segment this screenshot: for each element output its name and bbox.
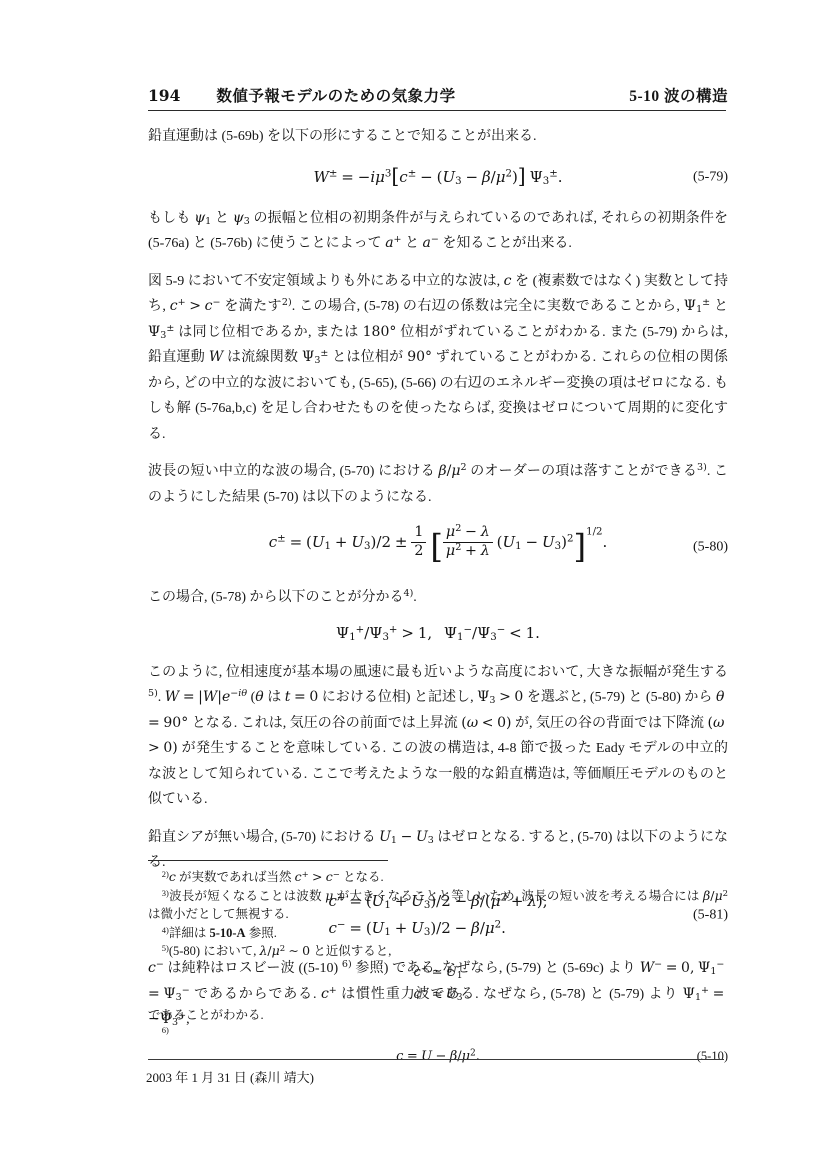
footnote-3-text: 波長が短くなることは波数 μ が大きくなることと等しいため, 波長の短い波を考え… [148,889,728,922]
footnote-2-marker: 2) [162,869,169,879]
footnote-5: 5)(5-80) において, λ/μ2∼0 と近似すると, [148,942,728,961]
footnote-4-marker: 4) [162,924,169,934]
header-book-title: 数値予報モデルのための気象力学 [216,84,455,106]
footnote-2: 2)c が実数であれば当然 c+>c− となる. [148,868,728,887]
footnote-5-marker: 5) [162,943,169,953]
footnote-2-text: c が実数であれば当然 c+>c− となる. [169,870,384,884]
paragraph-3: 図 5-9 において不安定領域よりも外にある中立的な波は, c を (複素数では… [148,269,728,448]
page-number: 194 [148,86,180,105]
footnote-5-equation-2: c−≃U3 [148,984,728,1005]
footnote-4: 4)詳細は 5-10-A 参照. [148,924,728,943]
footnote-5-continuation: であることがわかる. [148,1006,728,1025]
running-header: 194 数値予報モデルのための気象力学 5-10 波の構造 [148,84,728,106]
equation-5-80-body: c±=(U1+U3)/2±12[μ2−λμ2+λ(U1−U3)2]1/2. [269,522,608,570]
header-rule [148,110,726,111]
equation-5-79-body: W±=−iμ3[c±−(U3−β/μ2)]Ψ3±. [313,162,562,192]
document-page: 194 数値予報モデルのための気象力学 5-10 波の構造 鉛直運動は (5-6… [0,0,826,1169]
footnote-3: 3)波長が短くなることは波数 μ が大きくなることと等しいため, 波長の短い波を… [148,887,728,924]
footnote-6-marker: 6) [162,1025,169,1035]
paragraph-1: 鉛直運動は (5-69b) を以下の形にすることで知ることが出来る. [148,124,728,150]
footnote-5-text: (5-80) において, λ/μ2∼0 と近似すると, [169,944,392,958]
footer-date: 2003 年 1 月 31 日 (森川 靖大) [146,1068,314,1088]
paragraph-2: もしも ψ1 と ψ3 の振幅と位相の初期条件が与えられているのであれば, それ… [148,206,728,257]
paragraph-6: このように, 位相速度が基本場の風速に最も近いような高度において, 大きな振幅が… [148,660,728,813]
footer-rule [148,1059,724,1060]
footnote-3-marker: 3) [162,887,169,897]
footnote-6: 6) [148,1024,728,1043]
footnote-6-equation-body: c=U−β/μ2. [396,1045,480,1068]
header-section-title: 5-10 波の構造 [629,84,728,106]
footnote-6-equation: c=U−β/μ2. (5-10) [148,1045,728,1068]
footnote-separator-rule [148,860,388,861]
paragraph-4: 波長の短い中立的な波の場合, (5-70) における β/μ2 のオーダーの項は… [148,459,728,510]
footnote-4-text: 詳細は 5-10-A 参照. [169,926,277,940]
equation-psi-ratio-body: Ψ1+/Ψ3+>1,Ψ1−/Ψ3−<1. [336,622,540,646]
footnotes-section: 2)c が実数であれば当然 c+>c− となる. 3)波長が短くなることは波数 … [148,860,728,1068]
equation-5-79-number: (5-79) [693,166,728,187]
footnote-6-equation-number: (5-10) [697,1045,728,1067]
equation-5-80: c±=(U1+U3)/2±12[μ2−λμ2+λ(U1−U3)2]1/2. (5… [148,522,728,570]
equation-5-80-number: (5-80) [693,536,728,557]
paragraph-5: この場合, (5-78) から以下のことが分かる4). [148,585,728,611]
footnote-5-equation-1: c+≃U1 [148,962,728,983]
equation-5-79: W±=−iμ3[c±−(U3−β/μ2)]Ψ3±. (5-79) [148,162,728,192]
equation-psi-ratio: Ψ1+/Ψ3+>1,Ψ1−/Ψ3−<1. [148,622,728,646]
